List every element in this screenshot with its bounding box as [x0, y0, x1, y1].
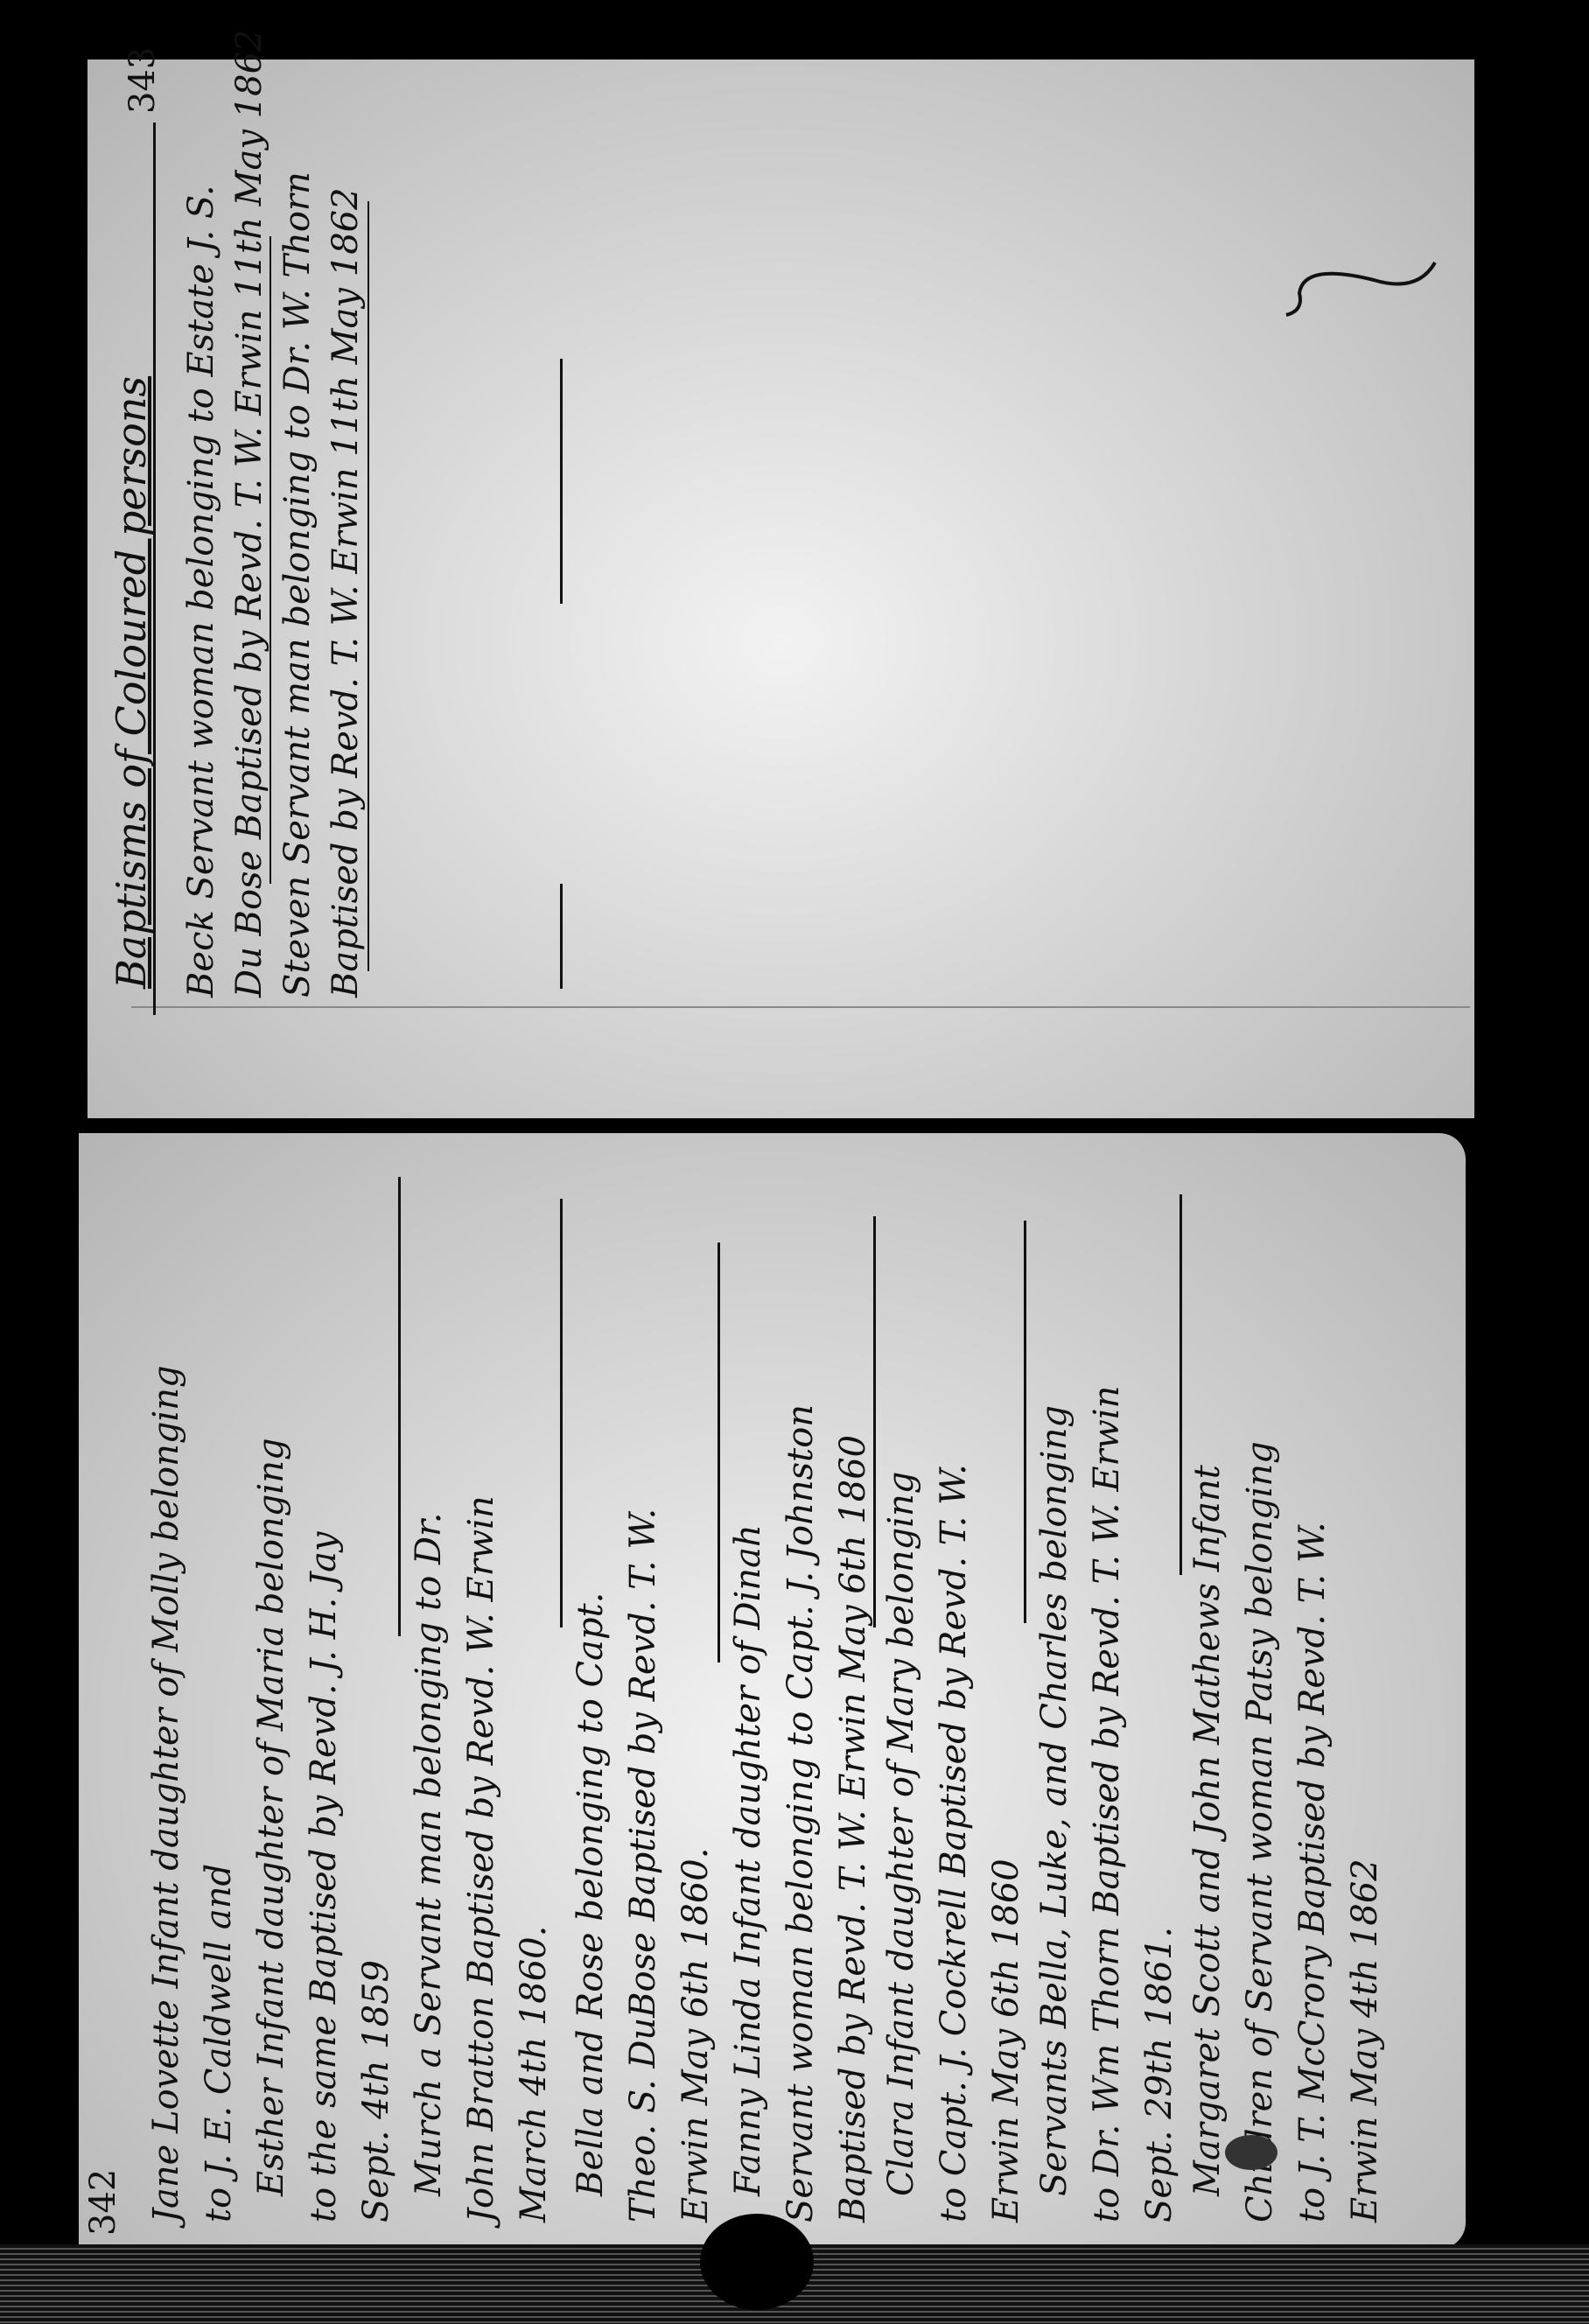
- entry-line: Sept. 29th 1861.: [1142, 1927, 1177, 2222]
- entry-rule: [717, 1242, 720, 1662]
- page-number-343: 343: [122, 47, 163, 114]
- entry-line: Children of Servant woman Patsy belongin…: [1242, 1441, 1277, 2222]
- entry-rule: [367, 201, 369, 971]
- entry-line: Erwin May 6th 1860: [989, 1858, 1024, 2222]
- entry-line: Beck Servant woman belonging to Estate J…: [184, 185, 219, 997]
- page-gutter-line: [131, 1006, 1470, 1008]
- entry-rule: [398, 1177, 401, 1636]
- entry-line: John Bratton Baptised by Revd. W. Erwin: [464, 1495, 499, 2222]
- entry-rule: [1179, 1194, 1182, 1575]
- page-number-342: 342: [83, 2169, 123, 2236]
- entry-line: to the same Baptised by Revd. J. H. Jay: [306, 1531, 341, 2222]
- entry-line: Baptised by Revd. T. W. Erwin 11th May 1…: [328, 187, 363, 997]
- entry-line: to Dr. Wm Thorn Baptised by Revd. T. W. …: [1089, 1386, 1124, 2222]
- entry-line: Clara Infant daughter of Mary belonging: [884, 1472, 919, 2196]
- finger-shadow: [700, 2214, 814, 2310]
- entry-line: Theo. S. DuBose Baptised by Revd. T. W.: [626, 1508, 661, 2222]
- entry-line: to J. E. Caldwell and: [201, 1864, 236, 2222]
- entry-rule: [560, 1199, 563, 1627]
- entry-rule: [269, 236, 271, 884]
- entry-line: Esther Infant daughter of Maria belongin…: [254, 1438, 289, 2196]
- entry-line: Sept. 4th 1859: [359, 1960, 394, 2222]
- entry-rule: [873, 1216, 876, 1627]
- page-heading: Baptisms of Coloured persons: [114, 376, 149, 989]
- entry-line: Murch a Servant man belonging to Dr.: [411, 1512, 446, 2196]
- entry-line: Bella and Rose belonging to Capt.: [573, 1592, 608, 2196]
- ink-stain: [1225, 2135, 1277, 2170]
- entry-line: to Capt. J. Cockrell Baptised by Revd. T…: [936, 1464, 971, 2222]
- entry-line: Fanny Linda Infant daughter of Dinah: [731, 1524, 766, 2196]
- entry-line: Baptised by Revd. T. W. Erwin May 6th 18…: [836, 1435, 871, 2222]
- entry-line: Margaret Scott and John Mathews Infant: [1190, 1465, 1225, 2196]
- entry-line: Erwin May 4th 1862: [1347, 1858, 1382, 2222]
- entry-line: Servant woman belonging to Capt. J. John…: [783, 1404, 818, 2222]
- margin-mark: [560, 884, 563, 989]
- entry-rule: [1024, 1221, 1026, 1623]
- ink-squiggle: [1277, 245, 1452, 332]
- entry-line: to J. T. McCrory Baptised by Revd. T. W.: [1295, 1522, 1330, 2222]
- entry-line: Erwin May 6th 1860.: [678, 1848, 713, 2222]
- entry-line: Steven Servant man belonging to Dr. W. T…: [280, 171, 315, 997]
- entry-line: Du Bose Baptised by Revd. T. W. Erwin 11…: [232, 30, 267, 997]
- entry-line: Servants Bella, Luke, and Charles belong…: [1037, 1405, 1072, 2196]
- margin-mark: [560, 359, 563, 604]
- entry-line: March 4th 1860.: [516, 1926, 551, 2222]
- entry-line: Jane Lovette Infant daughter of Molly be…: [149, 1365, 184, 2222]
